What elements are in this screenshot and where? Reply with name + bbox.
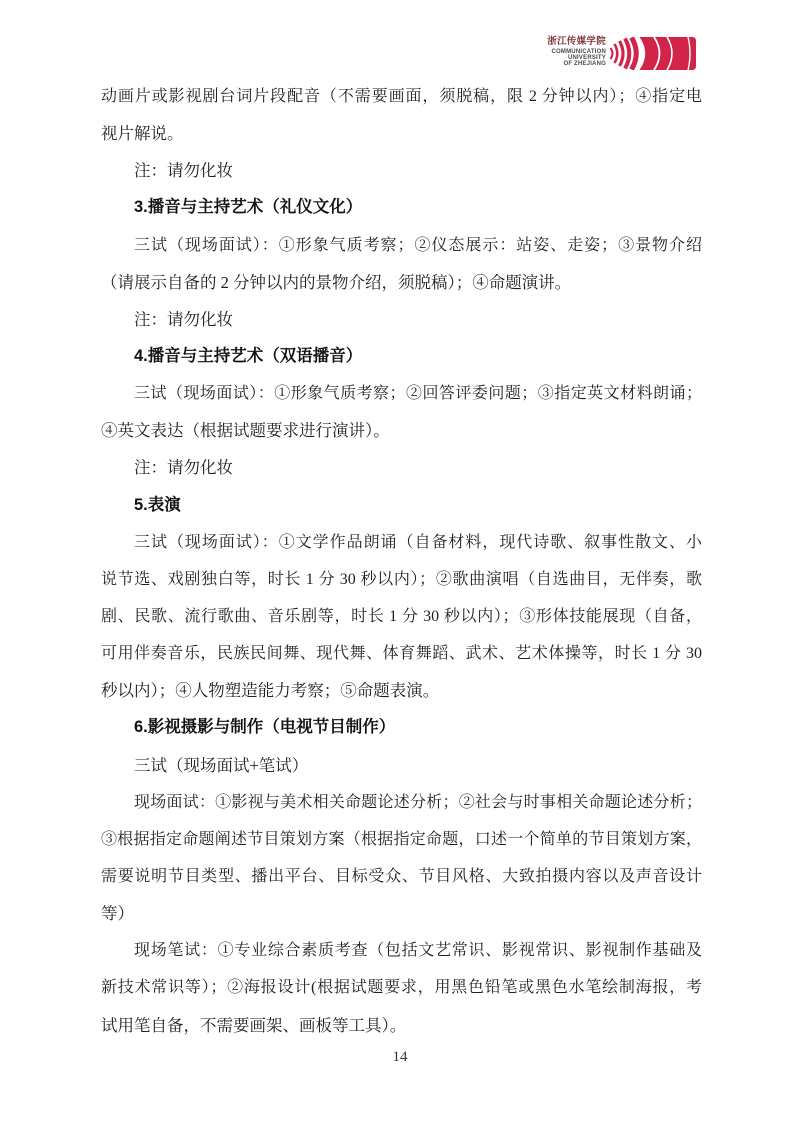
text-line: （请展示自备的 2 分钟以内的景物介绍，须脱稿）；④命题演讲。	[101, 264, 702, 301]
text-line: 三试（现场面试+笔试）	[101, 747, 702, 784]
university-logo: 浙江传媒学院 COMMUNICATION UNIVERSITY OF ZHEJI…	[546, 37, 696, 70]
soundwave-emblem-icon	[609, 37, 696, 70]
text-line: 可用伴奏音乐，民族民间舞、现代舞、体育舞蹈、武术、艺术体操等，时长 1 分 30	[101, 635, 702, 672]
document-page: 浙江传媒学院 COMMUNICATION UNIVERSITY OF ZHEJI…	[0, 0, 800, 1132]
text-line: ④英文表达（根据试题要求进行演讲）。	[101, 412, 702, 449]
text-line: 三试（现场面试）：①形象气质考察；②回答评委问题；③指定英文材料朗诵；	[101, 375, 702, 412]
text-line: 等）	[101, 895, 702, 932]
text-line: 动画片或影视剧台词片段配音（不需要画面，须脱稿，限 2 分钟以内）；④指定电	[101, 78, 702, 115]
text-line: 需要说明节目类型、播出平台、目标受众、节目风格、大致拍摄内容以及声音设计	[101, 858, 702, 895]
university-name-chinese: 浙江传媒学院	[546, 37, 606, 48]
page-number: 14	[0, 1049, 800, 1066]
document-body: 动画片或影视剧台词片段配音（不需要画面，须脱稿，限 2 分钟以内）；④指定电视片…	[101, 78, 702, 1044]
text-line: 注：请勿化妆	[101, 449, 702, 486]
section-heading: 4.播音与主持艺术（双语播音）	[101, 338, 702, 375]
university-logo-text: 浙江传媒学院 COMMUNICATION UNIVERSITY OF ZHEJI…	[546, 37, 606, 67]
section-heading: 5.表演	[101, 487, 702, 524]
text-line: 视片解说。	[101, 115, 702, 152]
text-line: 三试（现场面试）：①文学作品朗诵（自备材料，现代诗歌、叙事性散文、小	[101, 524, 702, 561]
text-line: 现场笔试：①专业综合素质考查（包括文艺常识、影视常识、影视制作基础及	[101, 932, 702, 969]
text-line: 秒以内）；④人物塑造能力考察；⑤命题表演。	[101, 672, 702, 709]
text-line: 三试（现场面试）：①形象气质考察；②仪态展示：站姿、走姿；③景物介绍	[101, 227, 702, 264]
text-line: 新技术常识等）；②海报设计(根据试题要求，用黑色铅笔或黑色水笔绘制海报，考	[101, 969, 702, 1006]
text-line: 试用笔自备，不需要画架、画板等工具）。	[101, 1007, 702, 1044]
text-line: 注：请勿化妆	[101, 301, 702, 338]
text-line: ③根据指定命题阐述节目策划方案（根据指定命题，口述一个简单的节目策划方案，	[101, 821, 702, 858]
text-line: 注：请勿化妆	[101, 152, 702, 189]
section-heading: 6.影视摄影与制作（电视节目制作）	[101, 709, 702, 746]
university-name-english-line: OF ZHEJIANG	[546, 61, 606, 67]
university-name-english: COMMUNICATION UNIVERSITY OF ZHEJIANG	[546, 49, 606, 67]
text-line: 剧、民歌、流行歌曲、音乐剧等，时长 1 分 30 秒以内）；③形体技能展现（自备…	[101, 598, 702, 635]
text-line: 现场面试：①影视与美术相关命题论述分析；②社会与时事相关命题论述分析；	[101, 784, 702, 821]
section-heading: 3.播音与主持艺术（礼仪文化）	[101, 189, 702, 226]
text-line: 说节选、戏剧独白等，时长 1 分 30 秒以内）；②歌曲演唱（自选曲目，无伴奏，…	[101, 561, 702, 598]
